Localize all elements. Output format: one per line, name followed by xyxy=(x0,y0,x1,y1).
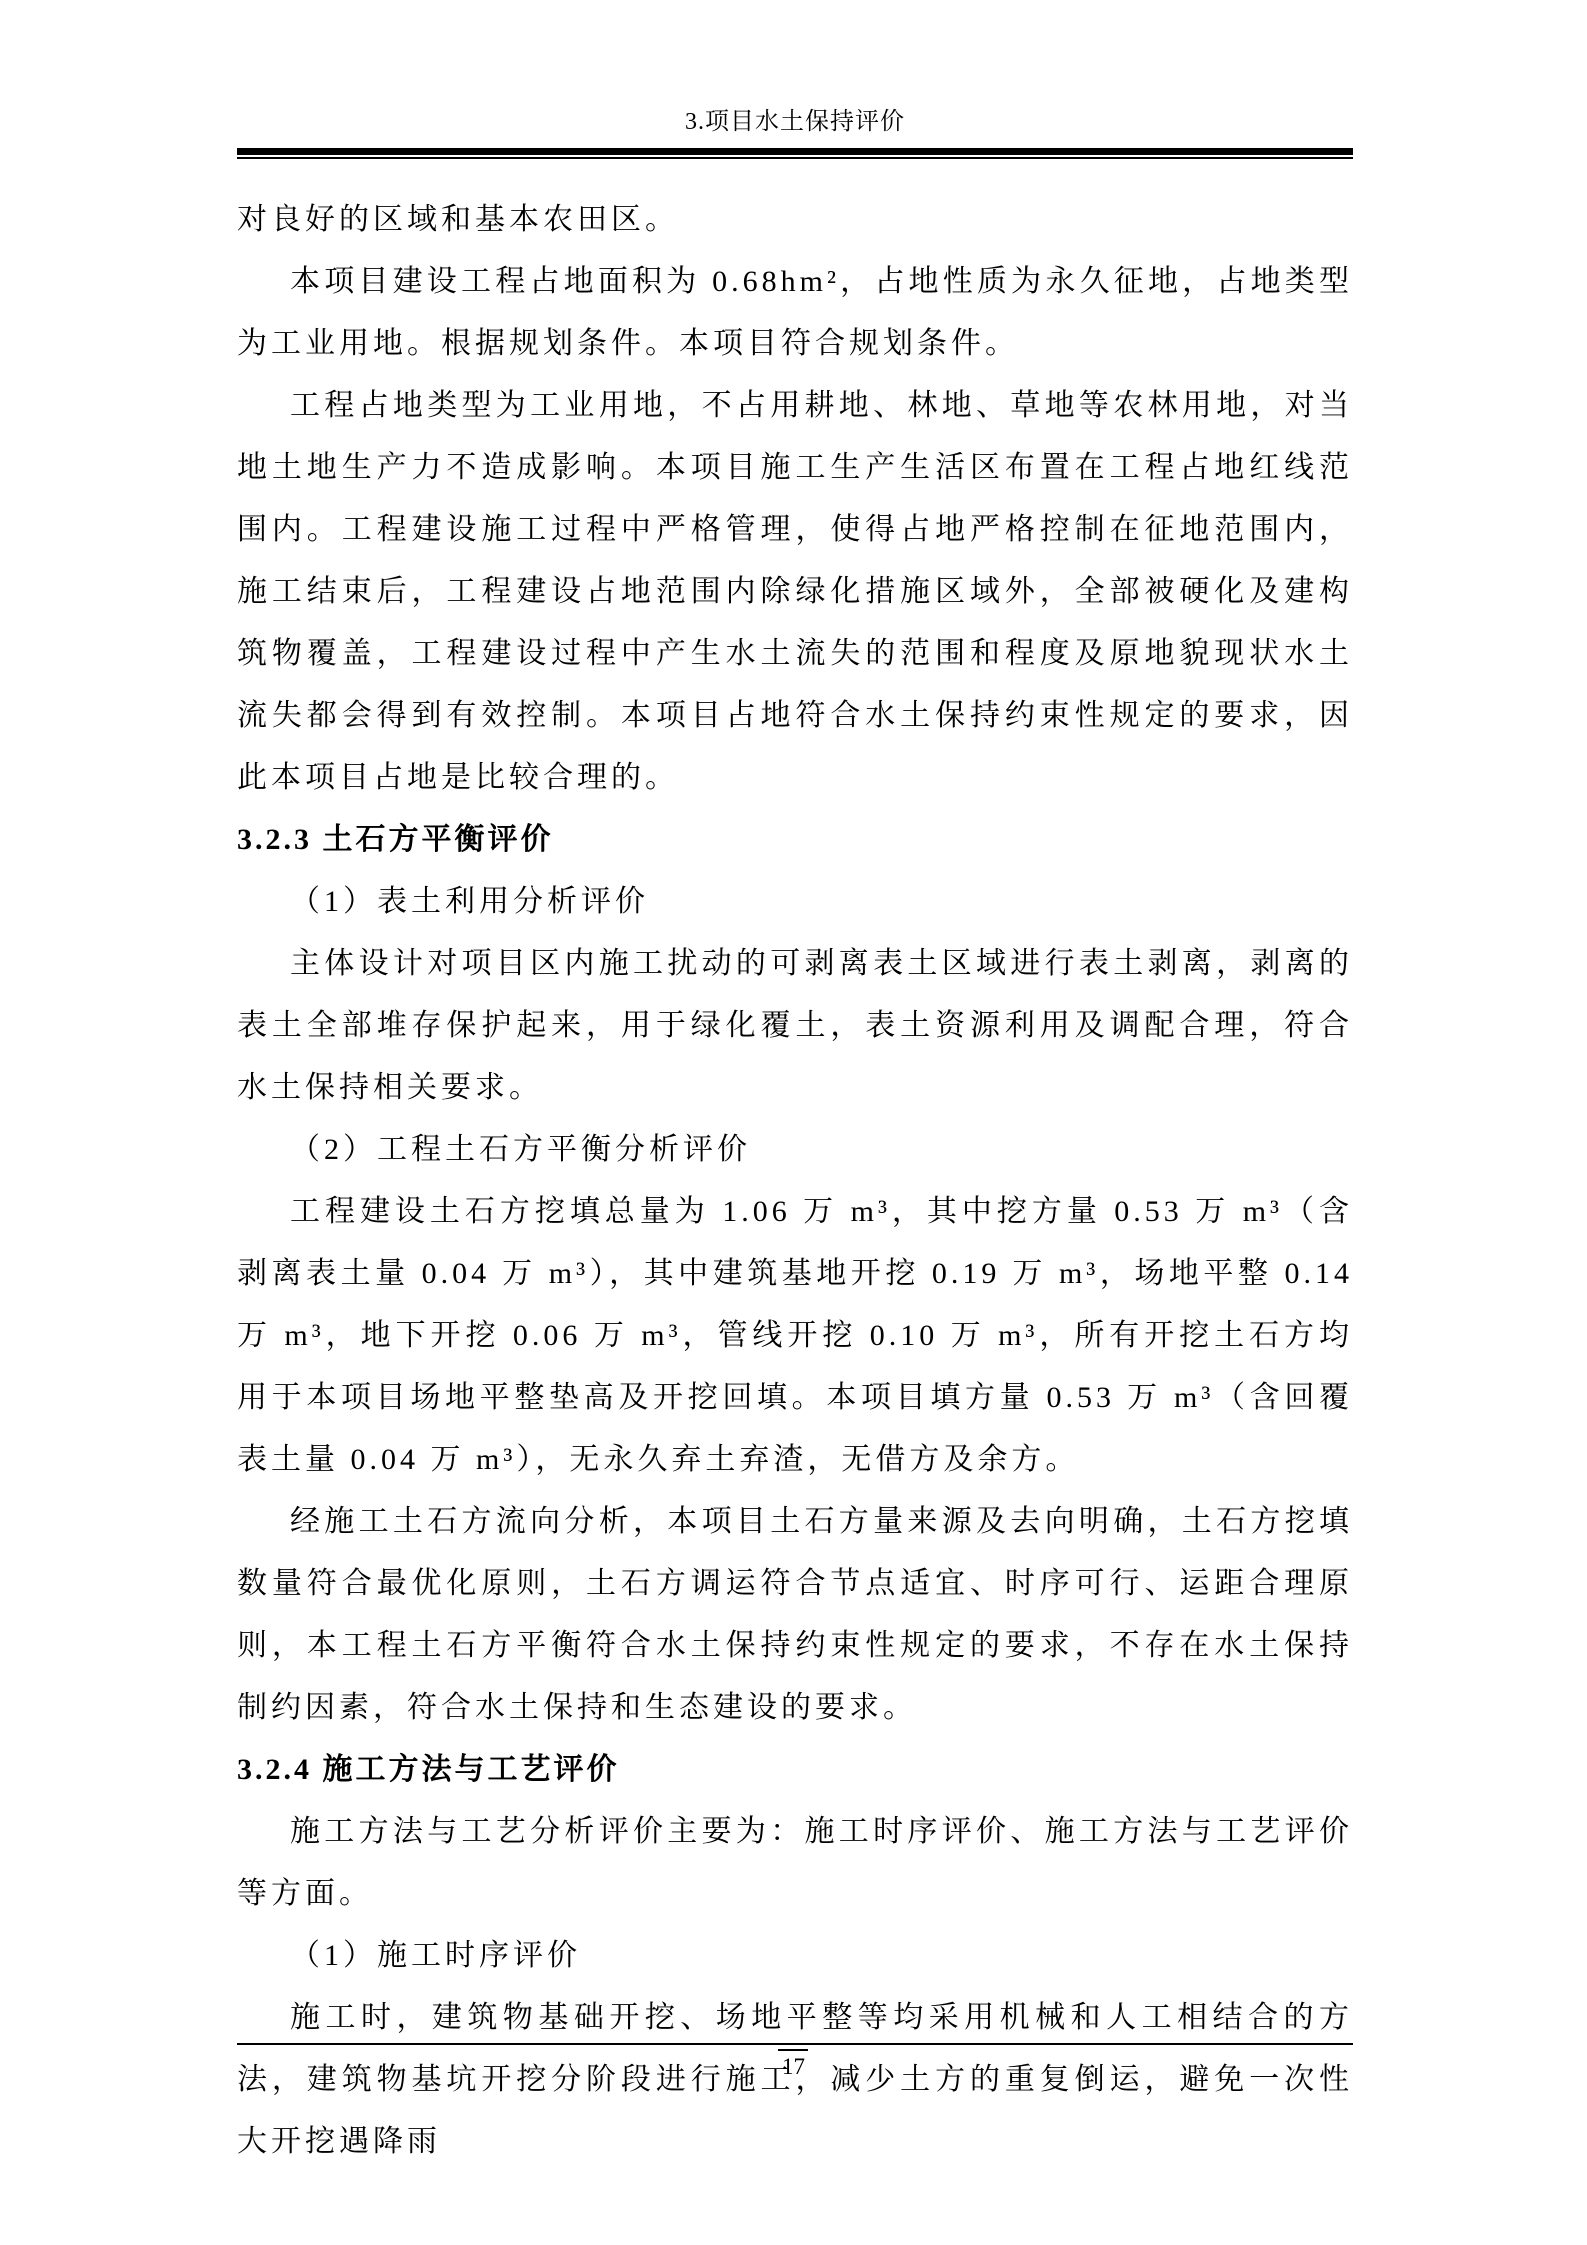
page-number: 17 xyxy=(0,2053,1587,2081)
section-heading-3-2-4: 3.2.4 施工方法与工艺评价 xyxy=(237,1739,1353,1801)
footer-page-number-dash xyxy=(778,2049,808,2051)
paragraph: 工程占地类型为工业用地，不占用耕地、林地、草地等农林用地，对当地土地生产力不造成… xyxy=(237,375,1353,809)
paragraph: 对良好的区域和基本农田区。 xyxy=(237,189,1353,251)
header-rule-thick xyxy=(237,148,1353,155)
section-heading-3-2-3: 3.2.3 土石方平衡评价 xyxy=(237,809,1353,871)
footer-rule xyxy=(237,2043,1353,2045)
list-item-heading: （1）表土利用分析评价 xyxy=(237,871,1353,933)
paragraph: 施工方法与工艺分析评价主要为：施工时序评价、施工方法与工艺评价等方面。 xyxy=(237,1801,1353,1925)
page-header: 3.项目水土保持评价 xyxy=(237,0,1353,159)
page-header-title: 3.项目水土保持评价 xyxy=(237,108,1353,136)
document-page: 3.项目水土保持评价 对良好的区域和基本农田区。 本项目建设工程占地面积为 0.… xyxy=(0,0,1587,2245)
header-rule-thin xyxy=(237,157,1353,159)
paragraph: 经施工土石方流向分析，本项目土石方量来源及去向明确，土石方挖填数量符合最优化原则… xyxy=(237,1491,1353,1739)
list-item-heading: （2）工程土石方平衡分析评价 xyxy=(237,1119,1353,1181)
paragraph: 主体设计对项目区内施工扰动的可剥离表土区域进行表土剥离，剥离的表土全部堆存保护起… xyxy=(237,933,1353,1119)
list-item-heading: （1）施工时序评价 xyxy=(237,1925,1353,1987)
document-body: 对良好的区域和基本农田区。 本项目建设工程占地面积为 0.68hm²，占地性质为… xyxy=(237,189,1353,2173)
paragraph: 工程建设土石方挖填总量为 1.06 万 m³，其中挖方量 0.53 万 m³（含… xyxy=(237,1181,1353,1491)
paragraph: 本项目建设工程占地面积为 0.68hm²，占地性质为永久征地，占地类型为工业用地… xyxy=(237,251,1353,375)
